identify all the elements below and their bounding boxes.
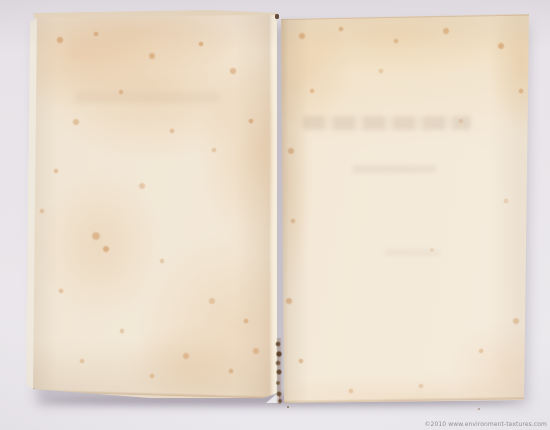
dust-speck: [478, 408, 480, 410]
gutter-crease-shadow: [281, 14, 309, 404]
show-through-smudge: [75, 92, 220, 103]
show-through-title: [303, 116, 471, 130]
show-through-line: [352, 165, 437, 173]
show-through-line-2: [385, 249, 440, 256]
dust-speck: [287, 406, 289, 408]
right-page-top-edge: [281, 12, 530, 19]
gutter-binding-specks: [273, 338, 284, 404]
gutter-top-speck: [275, 14, 279, 19]
watermark-text: ©2010 www.environment-textures.com: [424, 421, 547, 428]
photo-open-book: ©2010 www.environment-textures.com: [0, 0, 550, 430]
